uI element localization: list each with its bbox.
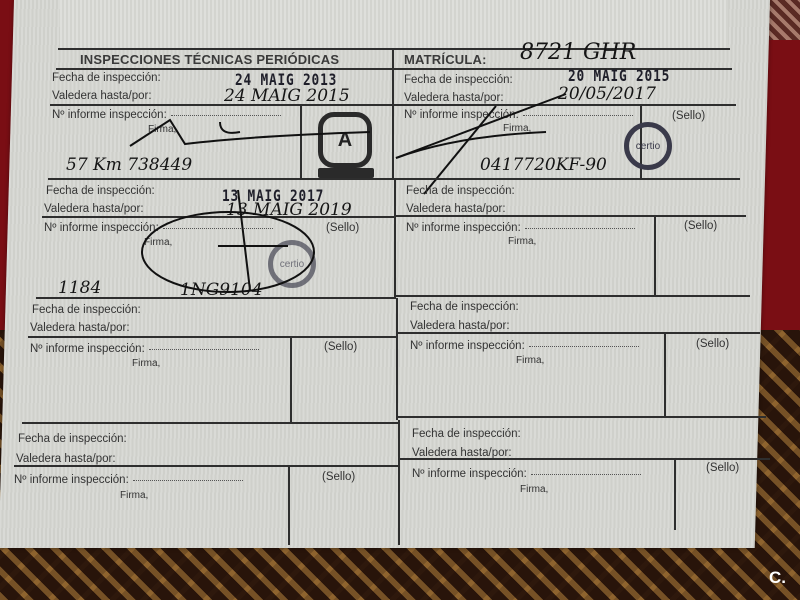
watermark: C.: [769, 568, 786, 588]
signature-3: [138, 190, 338, 300]
mileage-note: 57 Km 738449: [66, 155, 192, 175]
inspection-date-value: 20 MAIG 2015: [568, 66, 670, 85]
seal-label: (Sello): [672, 110, 705, 122]
seal-divider: [674, 458, 676, 530]
seal-label: (Sello): [684, 220, 717, 232]
divider: [14, 465, 398, 467]
signature-label: Firma,: [520, 484, 548, 495]
divider: [396, 295, 750, 297]
report-number-label: Nº informe inspección:: [410, 340, 639, 352]
valid-until-label: Valedera hasta/por:: [406, 203, 506, 215]
divider: [398, 416, 766, 418]
seal-divider: [288, 465, 290, 545]
valid-until-value: 24 MAIG 2015: [224, 86, 350, 106]
valid-until-label: Valedera hasta/por:: [410, 320, 510, 332]
divider: [400, 458, 770, 460]
inspection-date-label: Fecha de inspección:: [32, 304, 141, 316]
certio-seal-icon: certio: [624, 122, 672, 170]
divider: [398, 332, 760, 334]
valid-until-label: Valedera hasta/por:: [30, 322, 130, 334]
valid-until-label: Valedera hasta/por:: [44, 203, 144, 215]
column-divider: [392, 48, 394, 178]
valid-until-label: Valedera hasta/por:: [16, 453, 116, 465]
signature-label: Firma,: [516, 355, 544, 366]
plate-number: 8721 GHR: [520, 40, 636, 65]
plate-label: MATRÍCULA:: [404, 52, 487, 67]
seal-label: (Sello): [322, 471, 355, 483]
form-title: INSPECCIONES TÉCNICAS PERIÓDICAS: [80, 52, 339, 67]
inspection-date-label: Fecha de inspección:: [404, 74, 513, 86]
seal-bar-icon: [318, 168, 374, 178]
divider: [396, 215, 746, 217]
column-divider: [396, 298, 398, 420]
seal-divider: [654, 215, 656, 295]
signature-label: Firma,: [120, 490, 148, 501]
divider: [28, 336, 396, 338]
divider: [36, 297, 396, 299]
inspection-date-label: Fecha de inspección:: [52, 72, 161, 84]
seal-label: (Sello): [706, 462, 739, 474]
divider: [48, 178, 394, 180]
seal-label: (Sello): [696, 338, 729, 350]
inspection-date-label: Fecha de inspección:: [410, 301, 519, 313]
report-number-label: Nº informe inspección:: [406, 222, 635, 234]
inspection-date-label: Fecha de inspección:: [412, 428, 521, 440]
signature-label: Firma,: [508, 236, 536, 247]
signature-label: Firma,: [132, 358, 160, 369]
mileage-note: 1184: [58, 278, 101, 298]
seal-divider: [290, 336, 292, 422]
report-number-label: Nº informe inspección:: [412, 468, 641, 480]
report-number-label: Nº informe inspección:: [14, 474, 243, 486]
inspection-date-label: Fecha de inspección:: [18, 433, 127, 445]
divider: [22, 422, 398, 424]
column-divider: [394, 178, 396, 298]
report-number-label: Nº informe inspección:: [30, 343, 259, 355]
seal-divider: [664, 332, 666, 418]
valid-until-label: Valedera hasta/por:: [52, 90, 152, 102]
divider: [394, 178, 740, 180]
inspection-date-label: Fecha de inspección:: [406, 185, 515, 197]
seal-label: (Sello): [324, 341, 357, 353]
signature-1: [130, 118, 370, 158]
inspection-form: INSPECCIONES TÉCNICAS PERIÓDICAS MATRÍCU…: [0, 0, 800, 600]
column-divider: [398, 420, 400, 545]
